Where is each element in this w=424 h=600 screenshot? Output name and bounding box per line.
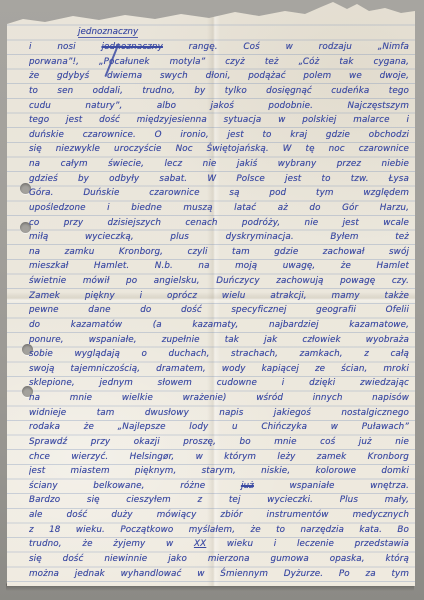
handwritten-line: ściany belkowane, różne już wspaniałe wn… <box>29 479 409 494</box>
handwritten-line: pewne dane do dość specyficznej geografi… <box>29 303 409 318</box>
handwritten-line: że gdybyś dwiema swych dłoni, podążać po… <box>29 69 409 84</box>
handwritten-line: duńskie czarownice. O ironio, jest to kr… <box>29 128 409 143</box>
inserted-word: jednoznaczny <box>78 27 138 38</box>
handwritten-line: jest miastem pięknym, starym, niskie, ko… <box>29 464 409 479</box>
handwritten-line: upośledzone i biedne muszą latać aż do G… <box>29 201 409 216</box>
handwritten-line: z 18 wieku. Początkowo myślałem, że to n… <box>29 523 409 538</box>
photo-background: jednoznaczny i nosi jednoznaczny rangę. … <box>0 0 424 600</box>
handwritten-line: ponure, wspaniałe, zupełnie tak jak czło… <box>29 333 409 348</box>
crossed-out-word: już <box>241 481 254 491</box>
crossed-out-word: jednoznaczny <box>101 42 162 52</box>
handwritten-line: mieszkał Hamlet. N.b. na moją uwagę, że … <box>29 259 409 274</box>
handwritten-line: cudu natury”, albo jakoś podobnie. Najcz… <box>29 99 409 114</box>
handwritten-line: na całym świecie, lecz nie jakiś wybrany… <box>29 157 409 172</box>
handwritten-line: się niezwykle uroczyście Noc Świętojańsk… <box>29 142 409 157</box>
handwritten-line: Zamek piękny i oprócz wielu atrakcji, ma… <box>29 289 409 304</box>
handwritten-line: się dość niewinnie jako mierzona gumowa … <box>29 552 409 567</box>
handwritten-line: to sen oddali, trudno, by tylko dosięgną… <box>29 84 409 99</box>
handwritten-line: Góra. Duńskie czarownice są pod tym wzgl… <box>29 186 409 201</box>
handwriting-lines: i nosi jednoznaczny rangę. Coś w rodzaju… <box>29 40 409 581</box>
handwritten-line: tego jest dość międzyjesienna sytuacja w… <box>29 113 409 128</box>
handwritten-line: sobie wyglądają o duchach, strachach, za… <box>29 347 409 362</box>
handwritten-line: na zamku Kronborg, czyli tam gdzie zacho… <box>29 245 409 260</box>
letter-paper: jednoznaczny i nosi jednoznaczny rangę. … <box>7 2 415 586</box>
handwritten-line: na mnie wielkie wrażenie) wśród innych n… <box>29 391 409 406</box>
handwritten-line: i nosi jednoznaczny rangę. Coś w rodzaju… <box>29 40 409 55</box>
handwritten-line: świetnie mówił po angielsku, Duńczycy za… <box>29 274 409 289</box>
handwritten-line: miłą wycieczką, plus dyskryminacja. Byłe… <box>29 230 409 245</box>
handwritten-line: chce wierzyć. Helsingør, w którym leży z… <box>29 450 409 465</box>
handwritten-line: sklepione, jednym słowem cudowne i dzięk… <box>29 376 409 391</box>
handwritten-line: Bardzo się cieszyłem z tej wycieczki. Pl… <box>29 493 409 508</box>
handwritten-line: widnieje tam dwusłowy napis jakiegoś nos… <box>29 406 409 421</box>
handwritten-line: Sprawdź przy okazji proszę, bo mnie coś … <box>29 435 409 450</box>
handwritten-line: porwana”!, „Pocałunek motyla” czyż też „… <box>29 55 409 70</box>
handwritten-line: do kazamatów (a kazamaty, najbardziej ka… <box>29 318 409 333</box>
handwritten-line: rodaka że „Najlepsze lody u Chińczyka w … <box>29 420 409 435</box>
handwritten-line: co przy dzisiejszych cenach podróży, nie… <box>29 216 409 231</box>
underlined-word: XX <box>194 539 206 549</box>
handwritten-line: swoją tajemniczością, dramatem, wody kap… <box>29 362 409 377</box>
handwritten-line: można jednak wyhandlować w Śmiennym Dyżu… <box>29 567 409 582</box>
handwritten-line: trudno, że żyjemy w XX wieku i leczenie … <box>29 537 409 552</box>
handwritten-line: ale dość duży mówiący zbiór instrumentów… <box>29 508 409 523</box>
handwritten-line: gdzieś by odbyły sabat. W Polsce jest to… <box>29 172 409 187</box>
